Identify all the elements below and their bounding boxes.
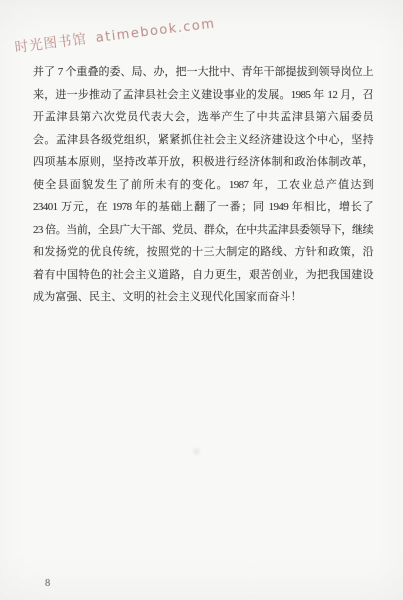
body-text-line: 23 倍。当前，全县广大干部、党员、群众，在中共孟津县委领导下，继续 <box>33 219 373 242</box>
body-text-line: 23401 万元，在 1978 年的基础上翻了一番；同 1949 年相比，增长了 <box>33 196 373 219</box>
body-text-line: 会。孟津县各级党组织，紧紧抓住社会主义经济建设这个中心，坚持 <box>33 129 373 152</box>
watermark: 时光图书馆atimebook.com <box>13 12 216 57</box>
body-text-line: 并了 7 个重叠的委、局、办，把一大批中、青年干部提拔到领导岗位上 <box>33 61 373 84</box>
body-text-line: 成为富强、民主、文明的社会主义现代化国家而奋斗！ <box>33 286 373 309</box>
body-text-line: 四项基本原则，坚持改革开放，积极进行经济体制和政治体制改革， <box>33 151 373 174</box>
scan-smudge <box>192 447 201 456</box>
page-number: 8 <box>45 578 50 589</box>
body-text-block: 并了 7 个重叠的委、局、办，把一大批中、青年干部提拔到领导岗位上 来，进一步推… <box>33 61 373 309</box>
body-text-line: 来，进一步推动了孟津县社会主义建设事业的发展。1985 年 12 月，召 <box>33 84 373 107</box>
body-text-line: 开孟津县第六次党员代表大会，选举产生了中共孟津县第六届委员 <box>33 106 373 129</box>
body-text-line: 和发扬党的优良传统，按照党的十三大制定的路线、方针和政策，沿 <box>33 241 373 264</box>
body-text-line: 着有中国特色的社会主义道路，自力更生，艰苦创业，为把我国建设 <box>33 264 373 287</box>
watermark-site-url: atimebook.com <box>95 17 216 47</box>
body-text-line: 使全县面貌发生了前所未有的变化。1987 年，工农业总产值达到 <box>33 174 373 197</box>
watermark-library-name: 时光图书馆 <box>14 31 88 55</box>
scanned-book-page: 时光图书馆atimebook.com 并了 7 个重叠的委、局、办，把一大批中、… <box>0 0 403 600</box>
